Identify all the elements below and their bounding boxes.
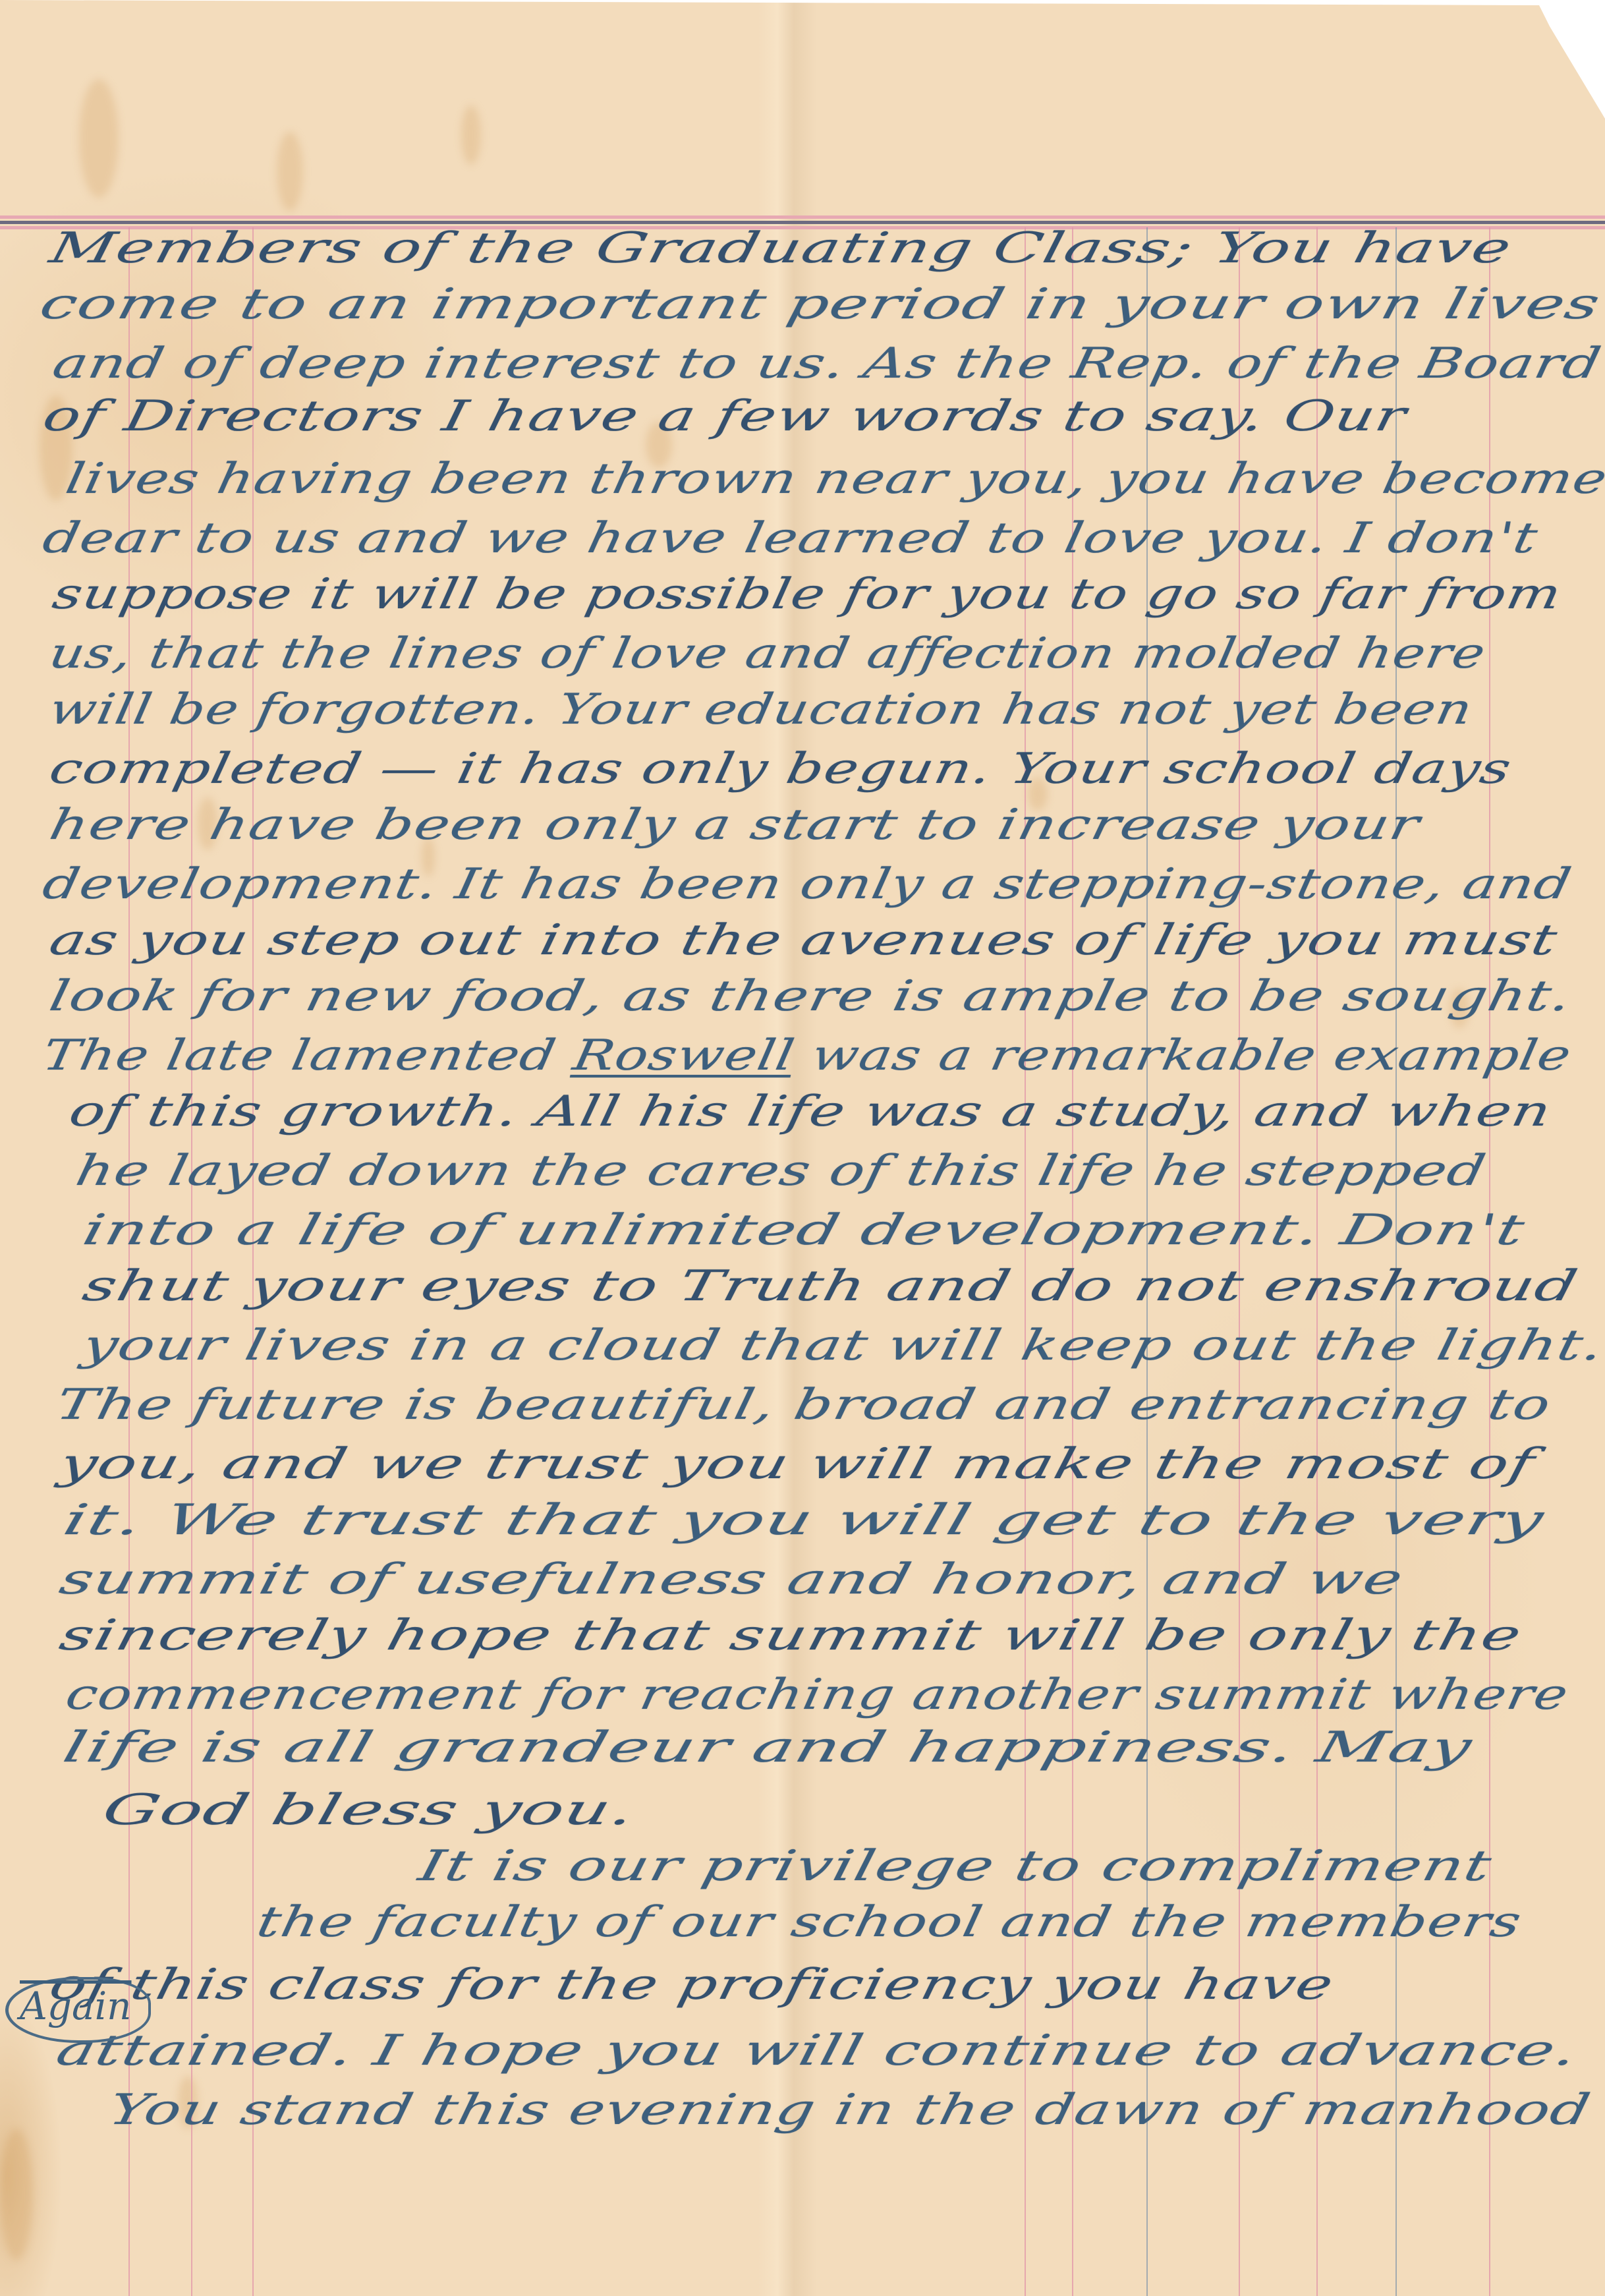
margin-note-text: Again: [20, 1984, 132, 2028]
handwritten-line: attained. I hope you will continue to ad…: [53, 2030, 1581, 2072]
handwritten-line: of Directors I have a few words to say. …: [40, 395, 1410, 438]
handwritten-line: Members of the Graduating Class; You hav…: [46, 227, 1515, 270]
handwritten-line: your lives in a cloud that will keep out…: [79, 1325, 1605, 1367]
handwritten-line: completed — it has only begun. Your scho…: [46, 748, 1515, 790]
handwritten-line: shut your eyes to Truth and do not enshr…: [79, 1265, 1582, 1307]
handwritten-line: as you step out into the avenues of life…: [46, 919, 1561, 961]
handwritten-line: sincerely hope that summit will be only …: [56, 1615, 1526, 1657]
handwritten-line: suppose it will be possible for you to g…: [49, 573, 1565, 616]
handwritten-line: us, that the lines of love and affection…: [46, 633, 1489, 675]
handwritten-line: and of deep interest to us. As the Rep. …: [49, 343, 1605, 385]
handwritten-line: dear to us and we have learned to love y…: [40, 517, 1541, 560]
underlined-name: Roswell: [569, 1031, 799, 1080]
handwritten-line: life is all grandeur and happiness. May: [59, 1727, 1476, 1769]
handwritten-line: The future is beautiful, broad and entra…: [53, 1384, 1554, 1426]
handwritten-line: into a life of unlimited development. Do…: [79, 1209, 1529, 1251]
handwritten-line: lives having been thrown near you, you h…: [63, 458, 1605, 500]
handwritten-line: God bless you.: [99, 1789, 639, 1831]
handwritten-line: the faculty of our school and the member…: [254, 1901, 1525, 1943]
handwritten-line: summit of usefulness and honor, and we: [56, 1559, 1407, 1601]
handwritten-line: look for new food, as there is ample to …: [46, 975, 1575, 1018]
handwritten-letter-body: Members of the Graduating Class; You hav…: [0, 0, 1605, 2296]
handwritten-line: development. It has been only a stepping…: [40, 863, 1575, 905]
handwritten-line: it. We trust that you will get to the ve…: [59, 1499, 1548, 1541]
handwritten-line: commencement for reaching another summit…: [63, 1674, 1572, 1716]
scanned-letter-page: Members of the Graduating Class; You hav…: [0, 0, 1605, 2296]
handwritten-line: will be forgotten. Your education has no…: [46, 689, 1476, 731]
handwritten-line: he layed down the cares of this life he …: [72, 1150, 1490, 1192]
handwritten-line: The late lamented Roswell was a remarkab…: [40, 1035, 1575, 1077]
handwritten-line: come to an important period in your own …: [36, 283, 1604, 326]
handwritten-line: You stand this evening in the dawn of ma…: [105, 2089, 1594, 2131]
handwritten-line: It is our privilege to compliment: [415, 1845, 1496, 1887]
handwritten-line: of this class for the proficiency you ha…: [46, 1964, 1337, 2006]
handwritten-line: you, and we trust you will make the most…: [56, 1443, 1538, 1485]
handwritten-line: here have been only a start to increase …: [46, 804, 1423, 846]
handwritten-line: of this growth. All his life was a study…: [66, 1091, 1555, 1133]
